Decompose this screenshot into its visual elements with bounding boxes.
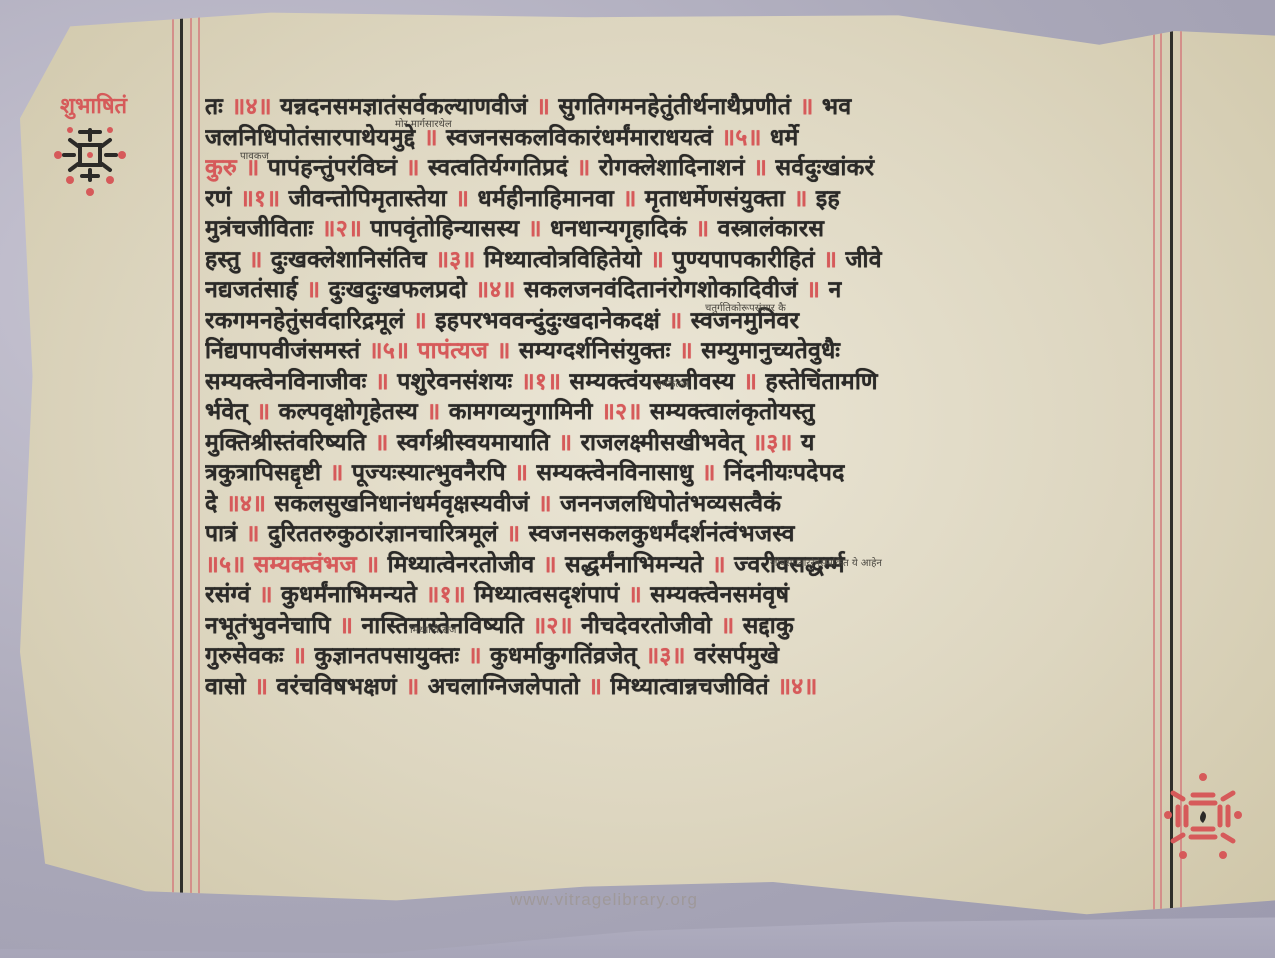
text-line: रणं ॥१॥ जीवन्तोपिमृतास्तेया ॥ धर्महीनाहि… <box>205 184 1165 215</box>
text-line: पात्रं ॥ दुरिततरुकुठारंज्ञानचारित्रमूलं … <box>205 519 1165 550</box>
text-line: मुत्रंचजीविताः ॥२॥ पापवृंतोहिन्यासस्य ॥ … <box>205 214 1165 245</box>
text-line: नद्यजतंसार्ह ॥ दुःखदुःखफलप्रदो ॥४॥ सकलजन… <box>205 275 1165 306</box>
text-line: दे ॥४॥ सकलसुखनिधानंधर्मवृक्षस्यवीजं ॥ जन… <box>205 489 1165 520</box>
text-line: कुरु ॥ पापंहन्तुंपरंविघ्नं ॥ स्वत्वतिर्य… <box>205 153 1165 184</box>
red-rosette-icon <box>1148 765 1258 865</box>
text-line: निंद्यपापवीजंसमस्तं ॥५॥ पापंत्यज ॥ सम्यग… <box>205 336 1165 367</box>
left-red-rule-outer <box>172 8 174 928</box>
text-line: रसंग्वं ॥ कुधर्मंनाभिमन्यते ॥१॥ मिथ्यात्… <box>205 580 1165 611</box>
text-line: त्रकुत्रापिसद्दृष्टी ॥ पूज्यःस्यात्भुवनै… <box>205 458 1165 489</box>
text-line: ॥५॥ सम्यक्त्वंभज ॥ मिथ्यात्वेनरतोजीव ॥ स… <box>205 550 1165 581</box>
gloss-note: मोर मार्गसारथेल <box>395 116 452 130</box>
gloss-note: मिथ्यात्वे सज <box>410 622 456 636</box>
text-line: वासो ॥ वरंचविषभक्षणं ॥ अचलाग्निजलेपातो ॥… <box>205 672 1165 703</box>
text-line: र्भवेत् ॥ कल्पवृक्षोगृहेतस्य ॥ कामगव्यनु… <box>205 397 1165 428</box>
watermark-text: www.vitragelibrary.org <box>510 890 698 910</box>
left-black-rule <box>180 8 183 928</box>
left-red-rule-inner-1 <box>190 8 192 928</box>
black-rosette-icon <box>30 110 150 200</box>
gloss-note: समकेतज <box>655 376 689 390</box>
text-line: तः ॥४॥ यन्नदनसमज्ञातंसर्वकल्याणवीजं ॥ सु… <box>205 92 1165 123</box>
text-line: मुक्तिश्रीस्तंवरिष्यति ॥ स्वर्गश्रीस्वयम… <box>205 428 1165 459</box>
gloss-note: चतुर्गतिकोरूपसंसार कै <box>705 300 786 314</box>
text-line: गुरुसेवकः ॥ कुज्ञानतपसायुक्तः ॥ कुधर्माक… <box>205 641 1165 672</box>
text-line: हस्तु ॥ दुःखक्लेशानिसंतिच ॥३॥ मिथ्यात्वो… <box>205 245 1165 276</box>
text-line: जलनिधिपोतंसारपाथेयमुद्दे ॥ स्वजनसकलविकार… <box>205 123 1165 154</box>
gloss-note: पावकज <box>240 148 269 162</box>
gloss-note: जीवसपताररेनेसमकित ये आहेन <box>770 555 882 569</box>
manuscript-text-block: तः ॥४॥ यन्नदनसमज्ञातंसर्वकल्याणवीजं ॥ सु… <box>205 92 1165 702</box>
left-red-rule-inner-2 <box>198 8 200 928</box>
text-line: नभूतंभुवनेचापि ॥ नास्तिनास्तेनविष्यति ॥२… <box>205 611 1165 642</box>
text-line: रकगमनहेतुंसर्वदारिद्रमूलं ॥ इहपरभववन्दुं… <box>205 306 1165 337</box>
